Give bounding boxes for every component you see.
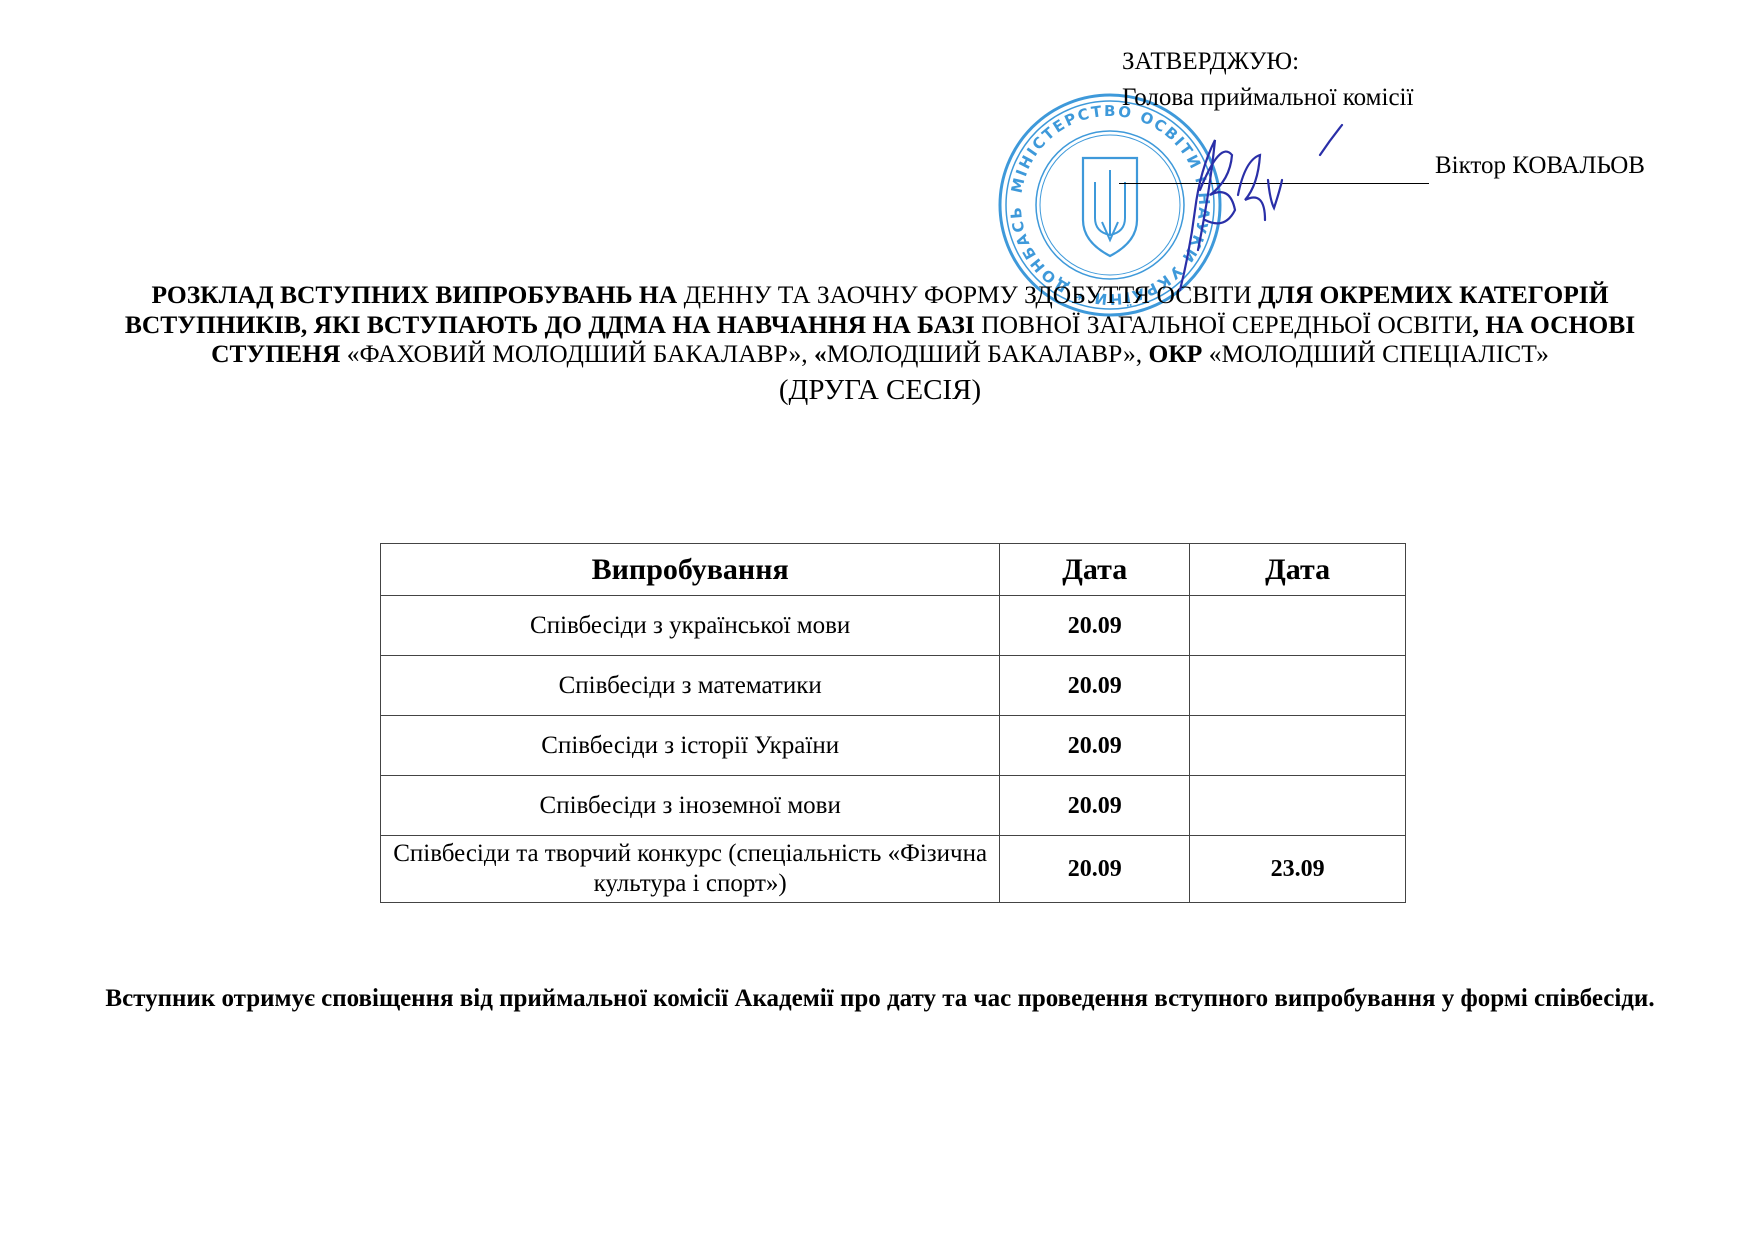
header-date-1: Дата [1000,544,1190,596]
table-header-row: Випробування Дата Дата [381,544,1406,596]
approver-name: Віктор КОВАЛЬОВ [1435,148,1645,184]
title-segment: ОКР [1148,339,1208,368]
handwritten-signature-icon [1170,100,1350,300]
exam-date-1: 20.09 [1000,836,1190,903]
title-segment: «МОЛОДШИЙ СПЕЦІАЛІСТ» [1209,339,1549,368]
table-row: Співбесіди та творчий конкурс (спеціальн… [381,836,1406,903]
title-segment: РОЗКЛАД ВСТУПНИХ ВИПРОБУВАНЬ НА [151,280,683,309]
document-title: РОЗКЛАД ВСТУПНИХ ВИПРОБУВАНЬ НА ДЕННУ ТА… [90,280,1670,410]
exam-date-2: 23.09 [1190,836,1406,903]
exam-date-2 [1190,716,1406,776]
exam-name: Співбесіди з іноземної мови [381,776,1000,836]
exam-date-2 [1190,776,1406,836]
title-segment: ПОВНОЇ ЗАГАЛЬНОЇ СЕРЕДНЬОЇ ОСВІТИ [981,310,1472,339]
exam-date-2 [1190,596,1406,656]
table-row: Співбесіди з математики 20.09 [381,656,1406,716]
schedule-table: Випробування Дата Дата Співбесіди з укра… [380,543,1406,903]
table-row: Співбесіди з історії України 20.09 [381,716,1406,776]
session-label: (ДРУГА СЕСІЯ) [90,370,1670,410]
exam-date-1: 20.09 [1000,776,1190,836]
exam-name: Співбесіди з історії України [381,716,1000,776]
table-row: Співбесіди з іноземної мови 20.09 [381,776,1406,836]
title-segment: «ФАХОВИЙ МОЛОДШИЙ БАКАЛАВР», [347,339,814,368]
table-row: Співбесіди з української мови 20.09 [381,596,1406,656]
exam-date-1: 20.09 [1000,656,1190,716]
exam-date-1: 20.09 [1000,596,1190,656]
approval-heading: ЗАТВЕРДЖУЮ: [1122,44,1645,80]
header-exam: Випробування [381,544,1000,596]
exam-date-1: 20.09 [1000,716,1190,776]
exam-date-2 [1190,656,1406,716]
title-segment: « [814,339,827,368]
title-text: РОЗКЛАД ВСТУПНИХ ВИПРОБУВАНЬ НА ДЕННУ ТА… [125,280,1635,368]
title-segment: МОЛОДШИЙ БАКАЛАВР», [827,339,1149,368]
exam-name: Співбесіди з української мови [381,596,1000,656]
exam-name: Співбесіди з математики [381,656,1000,716]
header-date-2: Дата [1190,544,1406,596]
notification-note: Вступник отримує сповіщення від приймаль… [90,982,1670,1016]
exam-name: Співбесіди та творчий конкурс (спеціальн… [381,836,1000,903]
